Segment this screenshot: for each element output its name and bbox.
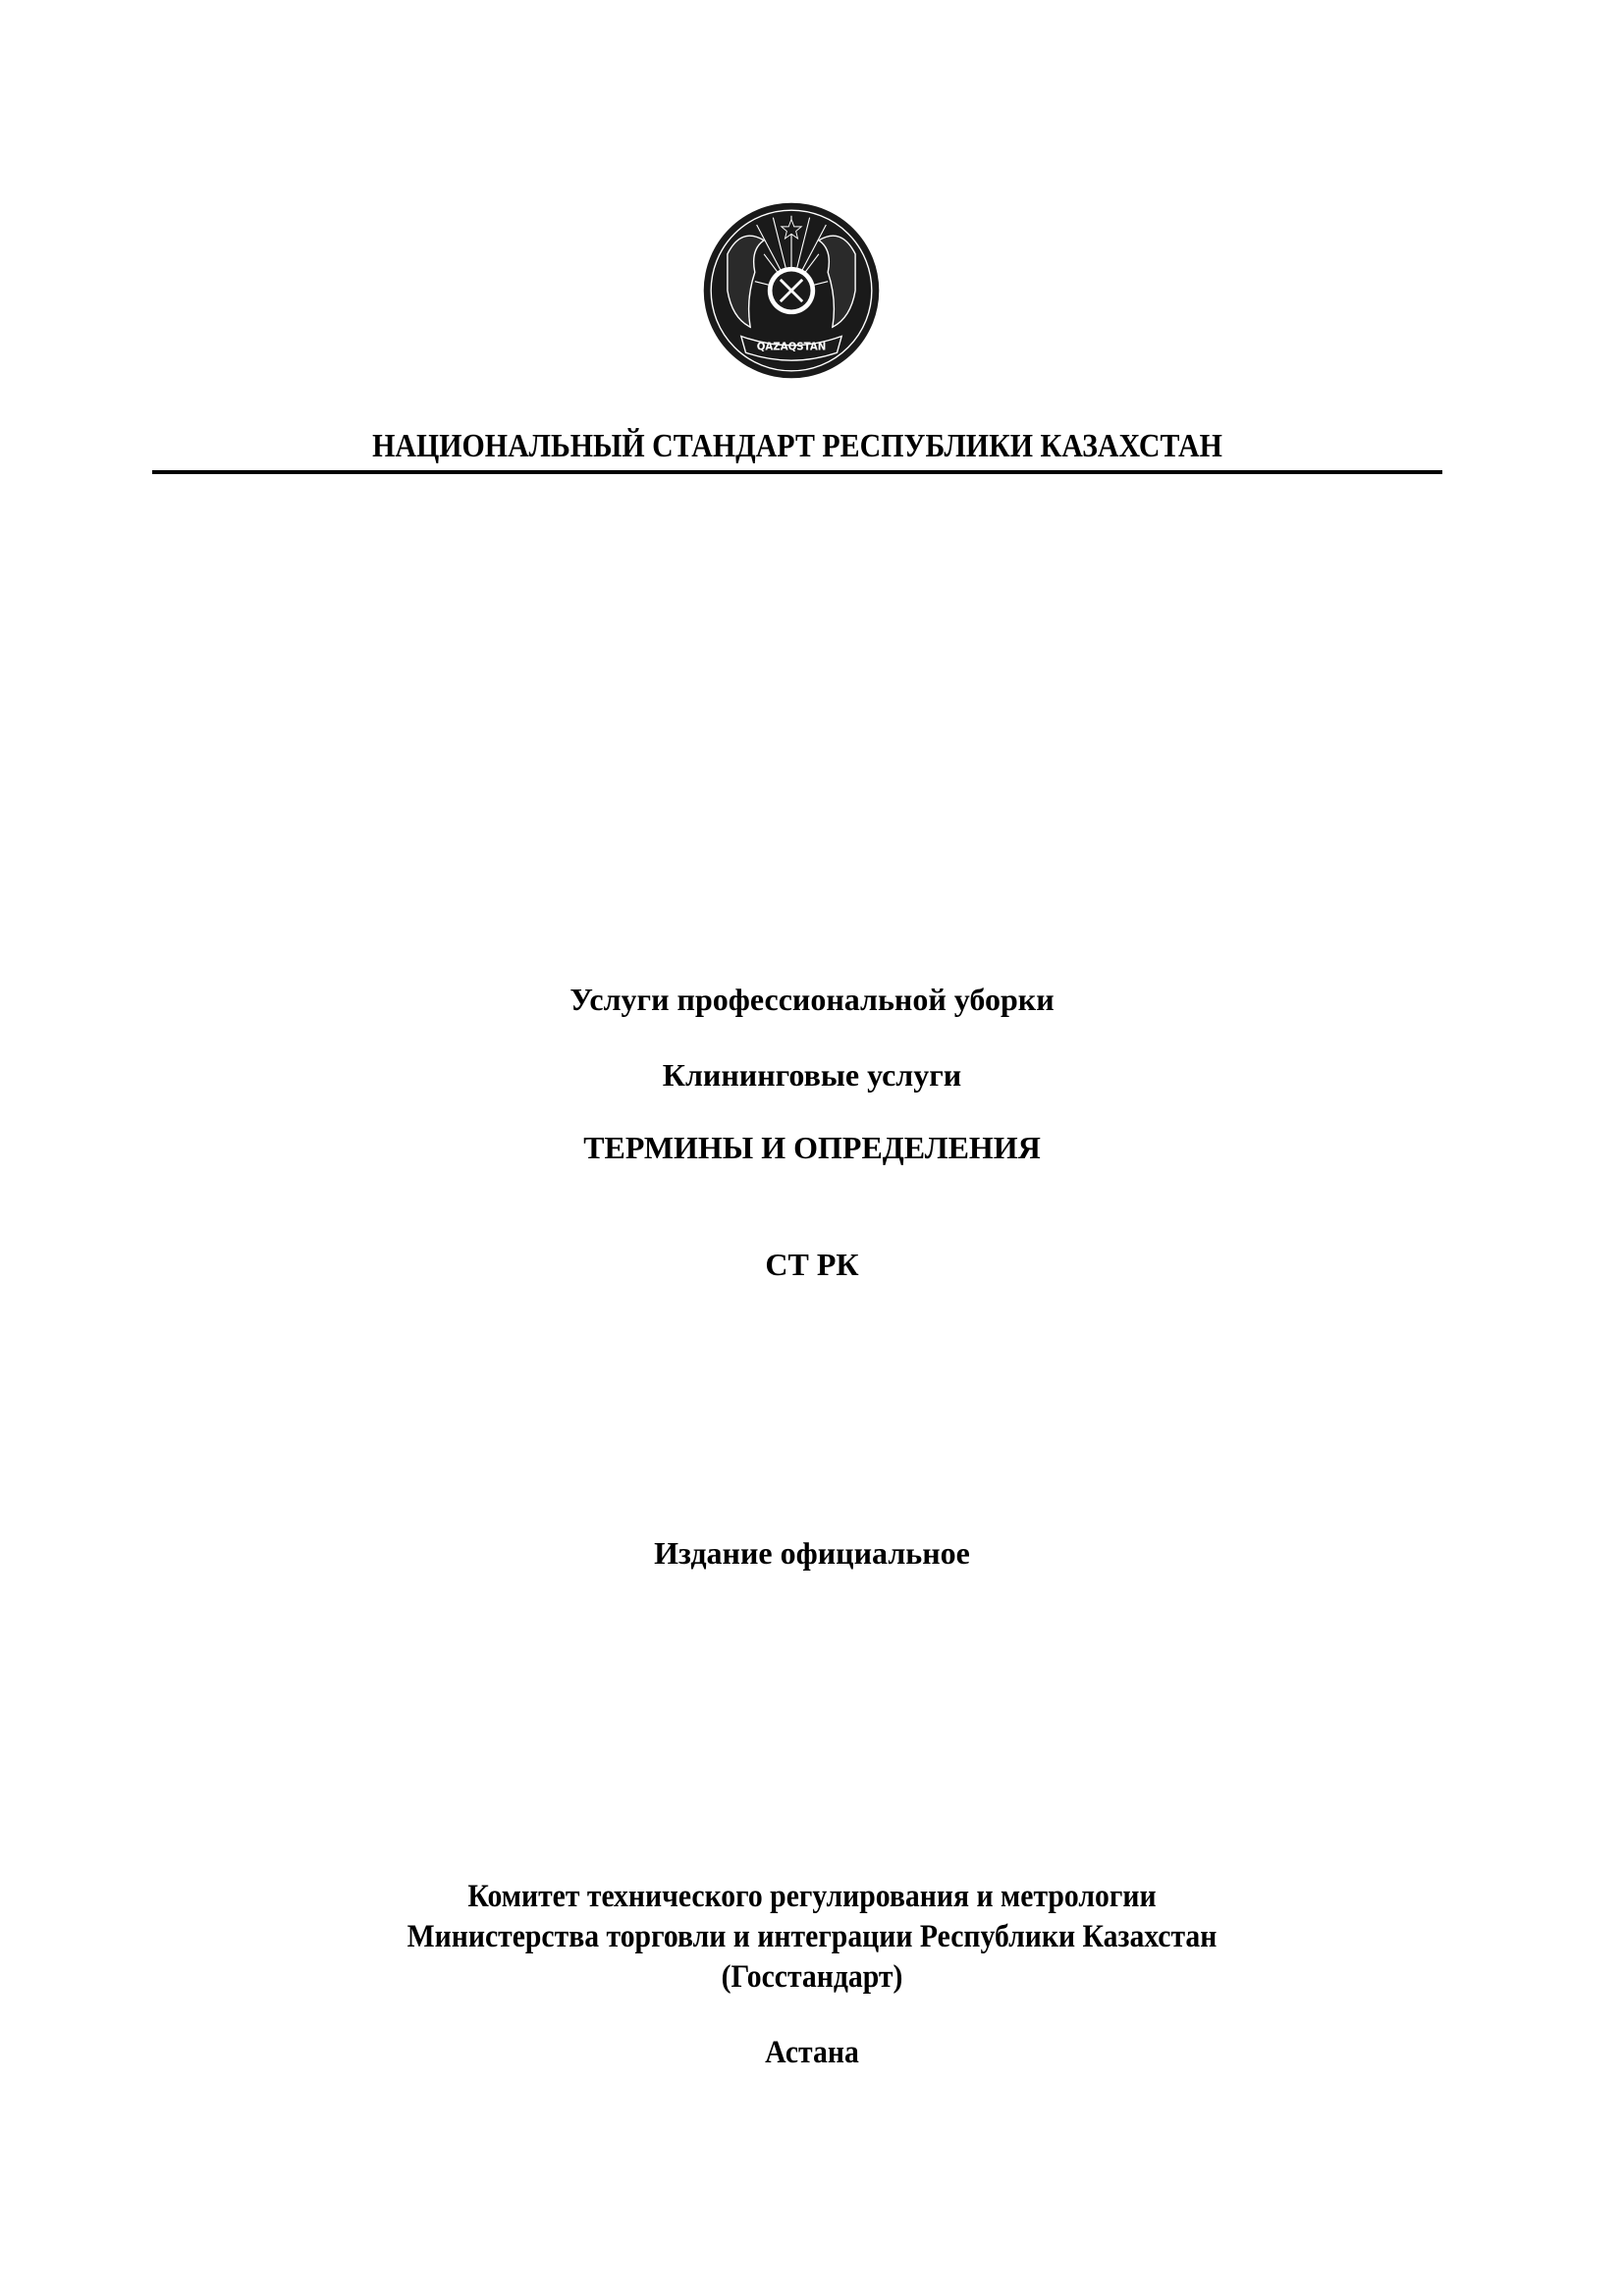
coat-of-arms-icon: QAZAQSTAN	[700, 199, 883, 382]
standard-header-title: НАЦИОНАЛЬНЫЙ СТАНДАРТ РЕСПУБЛИКИ КАЗАХСТ…	[230, 428, 1365, 465]
document-title-main: Услуги профессиональной уборки	[0, 982, 1624, 1018]
publisher-line-2: Министерства торговли и интеграции Респу…	[81, 1919, 1543, 1955]
publisher-line-3: (Госстандарт)	[81, 1959, 1543, 1996]
svg-text:QAZAQSTAN: QAZAQSTAN	[757, 342, 827, 352]
header-divider	[152, 470, 1442, 474]
edition-label: Издание официальное	[0, 1535, 1624, 1572]
document-title-part: ТЕРМИНЫ И ОПРЕДЕЛЕНИЯ	[0, 1130, 1624, 1166]
publisher-line-1: Комитет технического регулирования и мет…	[81, 1879, 1543, 1915]
standard-designation: СТ РК	[0, 1247, 1624, 1283]
publication-city: Астана	[81, 2035, 1543, 2071]
document-title-sub: Клининговые услуги	[0, 1057, 1624, 1094]
